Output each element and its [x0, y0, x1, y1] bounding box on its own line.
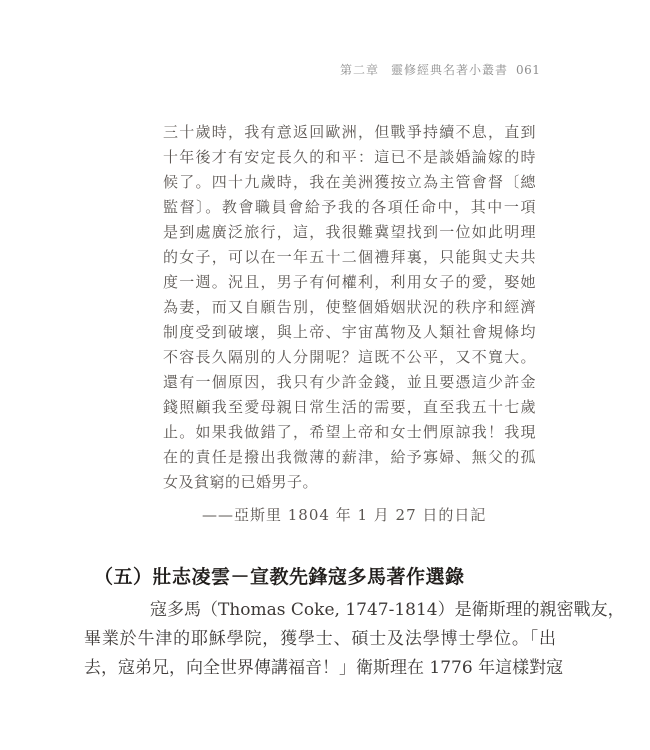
- quote-line: 是到處廣泛旅行，這，我很難冀望找到一位如此明理: [163, 220, 536, 245]
- quote-line: 錢照顧我至愛母親日常生活的需要，直至我五十七歲: [163, 395, 536, 420]
- quote-line: 女及貧窮的已婚男子。: [163, 470, 536, 495]
- running-header: 第二章靈修經典名著小叢書061: [340, 61, 540, 78]
- paragraph-line: 畢業於牛津的耶穌學院，獲學士、碩士及法學博士學位。「出: [84, 625, 556, 654]
- book-page: 第二章靈修經典名著小叢書061 三十歲時，我有意返回歐洲，但戰爭持續不息，直到 …: [0, 0, 650, 750]
- quote-line: 度一週。況且，男子有何權利，利用女子的愛，娶她: [163, 270, 536, 295]
- diary-signature: ——亞斯里 1804 年 1 月 27 日的日記: [202, 504, 486, 525]
- book-title-label: 靈修經典名著小叢書: [391, 63, 508, 77]
- quote-line: 三十歲時，我有意返回歐洲，但戰爭持續不息，直到: [163, 120, 536, 145]
- diary-quote-block: 三十歲時，我有意返回歐洲，但戰爭持續不息，直到 十年後才有安定長久的和平：這已不…: [163, 120, 536, 495]
- quote-line: 制度受到破壞，與上帝、宇宙萬物及人類社會規條均: [163, 320, 536, 345]
- quote-line: 在的責任是撥出我微薄的薪津，給予寡婦、無父的孤: [163, 445, 536, 470]
- quote-line: 不容長久隔別的人分開呢？這既不公平，又不寬大。: [163, 345, 536, 370]
- quote-line: 的女子，可以在一年五十二個禮拜裏，只能與丈夫共: [163, 245, 536, 270]
- page-number: 061: [516, 63, 540, 77]
- quote-line: 為妻，而又自願告別，使整個婚姻狀況的秩序和經濟: [163, 295, 536, 320]
- section-heading: （五）壯志凌雲－宣教先鋒寇多馬著作選錄: [94, 562, 465, 589]
- quote-line: 止。如果我做錯了，希望上帝和女士們原諒我！我現: [163, 420, 536, 445]
- paragraph-line: 寇多馬（Thomas Coke, 1747-1814）是衛斯理的親密戰友，: [84, 596, 556, 625]
- quote-line: 監督〕。教會職員會給予我的各項任命中，其中一項: [163, 195, 536, 220]
- paragraph-line: 去，寇弟兄，向全世界傳講福音！」衛斯理在 1776 年這樣對寇: [84, 654, 556, 683]
- quote-line: 候了。四十九歲時，我在美洲獲按立為主管會督〔總: [163, 170, 536, 195]
- quote-line: 還有一個原因，我只有少許金錢，並且要憑這少許金: [163, 370, 536, 395]
- chapter-label: 第二章: [340, 63, 379, 77]
- quote-line: 十年後才有安定長久的和平：這已不是談婚論嫁的時: [163, 145, 536, 170]
- intro-paragraph: 寇多馬（Thomas Coke, 1747-1814）是衛斯理的親密戰友， 畢業…: [84, 596, 556, 683]
